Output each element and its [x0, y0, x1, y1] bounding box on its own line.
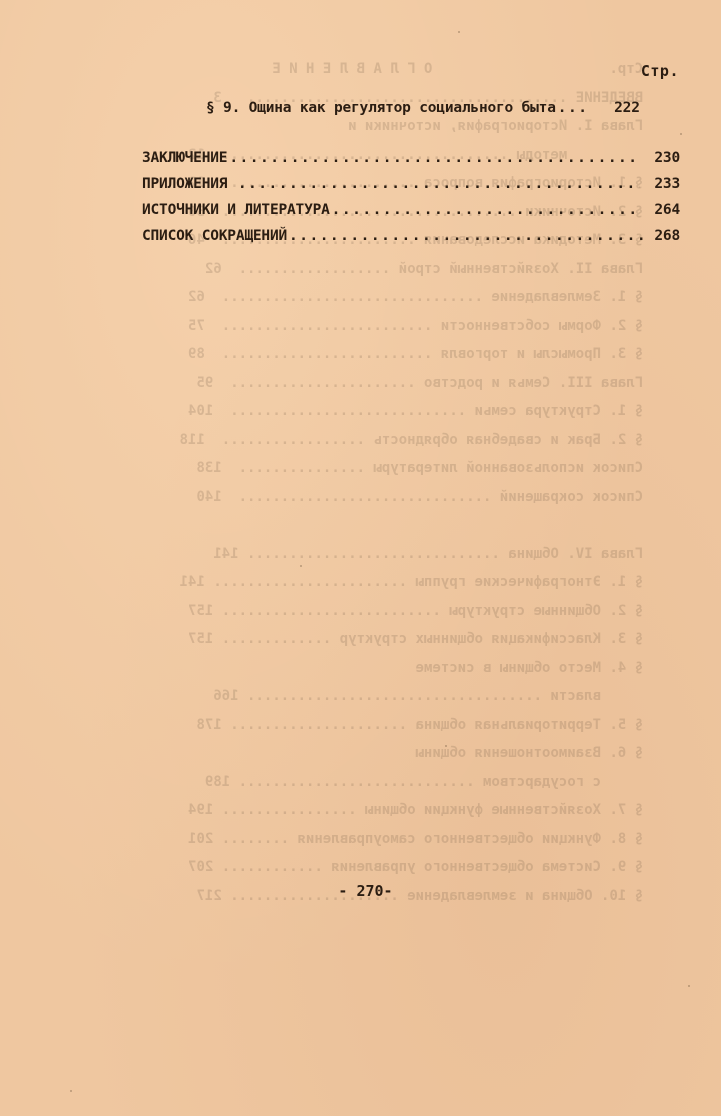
toc-entry-abbreviations: СПИСОК СОКРАЩЕНИЙ 268: [142, 228, 680, 254]
toc-entry-title: ИСТОЧНИКИ И ЛИТЕРАТУРА: [142, 202, 330, 218]
toc-entry-page: 233: [644, 176, 680, 192]
toc-entry-page: 222: [604, 100, 640, 116]
paper-speck: [680, 133, 682, 135]
paper-speck: [688, 985, 690, 987]
toc-dot-leader: [229, 150, 640, 166]
toc-entry-title: СПИСОК СОКРАЩЕНИЙ: [142, 228, 287, 244]
paper-speck: [458, 31, 460, 33]
toc-entry-appendices: ПРИЛОЖЕНИЯ 233: [142, 176, 680, 202]
toc-entry-sources-literature: ИСТОЧНИКИ И ЛИТЕРАТУРА 264: [142, 202, 680, 228]
toc-dot-leader: [238, 176, 640, 192]
toc-entry-page: 264: [644, 202, 680, 218]
toc-dot-leader: [289, 228, 650, 244]
paper-speck: [445, 745, 447, 747]
toc-entry-title: ЗАКЛЮЧЕНИЕ: [142, 150, 227, 166]
toc-entry-conclusion: ЗАКЛЮЧЕНИЕ 230: [142, 150, 680, 176]
toc-entry-title: § 9. Ощина как регулятор социального быт…: [206, 100, 556, 116]
paper-speck: [300, 565, 302, 567]
toc-entry-section-9: § 9. Ощина как регулятор социального быт…: [142, 100, 680, 150]
toc-entry-title: ПРИЛОЖЕНИЯ: [142, 176, 236, 192]
page-column-label: Стр.: [641, 62, 679, 80]
paper-speck: [70, 1090, 72, 1092]
toc-dot-leader: [332, 202, 640, 218]
page-number: - 270-: [0, 882, 721, 900]
toc-dot-leader: [558, 100, 588, 116]
table-of-contents: § 9. Ощина как регулятор социального быт…: [142, 100, 680, 254]
toc-entry-page: 230: [644, 150, 680, 166]
toc-entry-page: 268: [650, 228, 680, 244]
